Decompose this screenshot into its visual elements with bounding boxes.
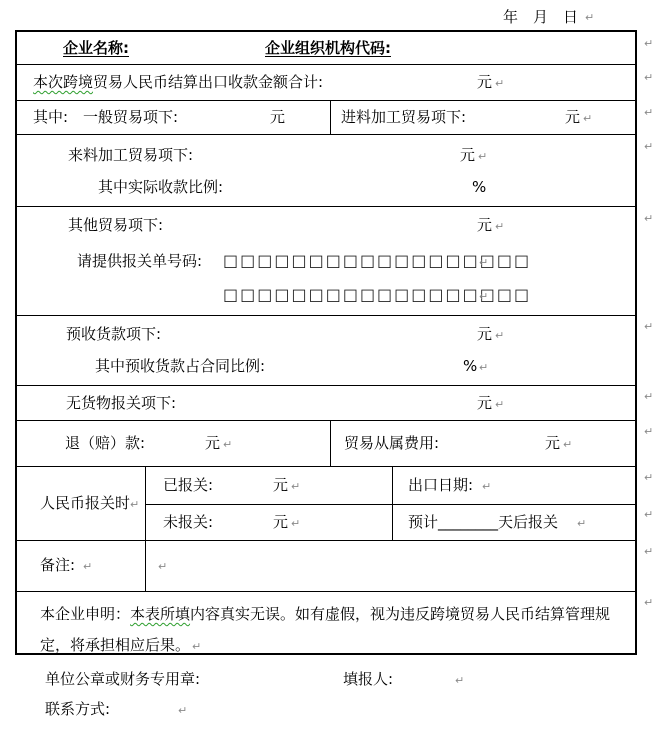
general-trade-label: 其中: 一般贸易项下: — [33, 109, 178, 126]
paragraph-mark: ↵ — [644, 141, 653, 152]
paragraph-mark: ↵ — [644, 321, 653, 332]
estimate-days-line: 预计________天后报关 — [408, 514, 558, 531]
customs-number-label: 请提供报关单号码: — [77, 253, 202, 270]
table-row-refund-fees: 退（赔）款: 元 ↵ 贸易从属费用: 元 ↵ — [17, 421, 635, 467]
paragraph-mark: ↵ — [495, 399, 504, 410]
estimate-blank-line: ________ — [438, 513, 498, 531]
refund-unit: 元 — [205, 435, 220, 452]
paragraph-mark: ↵ — [130, 499, 139, 510]
paragraph-mark: ↵ — [644, 509, 653, 520]
no-goods-unit: 元 — [477, 395, 492, 412]
seal-label: 单位公章或财务专用章: — [45, 671, 200, 688]
paragraph-mark: ↵ — [577, 518, 586, 529]
cell-divider — [330, 421, 331, 466]
settlement-form-table: 企业名称: 企业组织机构代码: 本次跨境贸易人民币结算出口收款金额合计: 元 ↵… — [15, 30, 637, 655]
filler-label: 填报人: — [343, 671, 393, 688]
company-name-label: 企业名称: — [63, 40, 129, 57]
paragraph-mark: ↵ — [644, 107, 653, 118]
paragraph-mark: ↵ — [482, 481, 491, 492]
paragraph-mark: ↵ — [495, 78, 504, 89]
contact-label: 联系方式: — [45, 701, 110, 718]
other-trade-unit: 元 — [477, 217, 492, 234]
refund-label: 退（赔）款: — [65, 435, 145, 452]
table-row-total: 本次跨境贸易人民币结算出口收款金额合计: 元 ↵ — [17, 65, 635, 101]
actual-receipt-ratio-label: 其中实际收款比例: — [98, 179, 223, 196]
table-row-statement: 本企业申明：本表所填内容真实无误。如有虚假，视为违反跨境贸易人民币结算管理规定，… — [17, 592, 635, 656]
paragraph-mark: ↵ — [83, 561, 92, 572]
subrow-divider — [145, 504, 635, 505]
date-line: 年 月 日 — [503, 9, 578, 26]
table-row-general-trade: 其中: 一般贸易项下: 元 进料加工贸易项下: 元 ↵ — [17, 101, 635, 135]
org-code-label: 企业组织机构代码: — [265, 40, 391, 57]
total-amount-label: 本次跨境贸易人民币结算出口收款金额合计: — [33, 74, 323, 91]
undeclared-label: 未报关: — [163, 514, 213, 531]
paragraph-mark: ↵ — [644, 472, 653, 483]
paragraph-mark: ↵ — [644, 597, 653, 608]
general-trade-unit: 元 — [270, 109, 285, 126]
word-document-page: 年 月 日 ↵ 企业名称: 企业组织机构代码: 本次跨境贸易人民币结算出口收款金… — [0, 0, 661, 731]
paragraph-mark: ↵ — [478, 151, 487, 162]
total-amount-label-rest: 贸易人民币结算出口收款金额合计: — [93, 73, 323, 91]
advance-contract-ratio-unit: % — [463, 358, 477, 375]
paragraph-mark: ↵ — [158, 561, 167, 572]
total-amount-label-wavy: 本次跨境 — [33, 73, 93, 91]
paragraph-mark: ↵ — [479, 291, 488, 302]
statement-prefix: 本企业申明： — [40, 605, 130, 623]
statement-text: 本企业申明：本表所填内容真实无误。如有虚假，视为违反跨境贸易人民币结算管理规定，… — [40, 599, 622, 661]
paragraph-mark: ↵ — [495, 221, 504, 232]
total-amount-unit: 元 — [477, 74, 492, 91]
table-row-remarks: 备注: ↵ ↵ — [17, 541, 635, 592]
declared-label: 已报关: — [163, 477, 213, 494]
import-processing-unit: 元 — [565, 109, 580, 126]
cell-divider — [145, 541, 146, 591]
table-row-no-goods: 无货物报关项下: 元 ↵ — [17, 386, 635, 421]
paragraph-mark: ↵ — [192, 640, 201, 653]
paragraph-mark: ↵ — [291, 518, 300, 529]
paragraph-mark: ↵ — [178, 705, 187, 716]
undeclared-unit: 元 — [273, 514, 288, 531]
paragraph-mark: ↵ — [644, 72, 653, 83]
table-row-advance-receipt: 预收货款项下: 元 ↵ 其中预收货款占合同比例: % ↵ — [17, 316, 635, 386]
paragraph-mark: ↵ — [455, 675, 464, 686]
declared-unit: 元 — [273, 477, 288, 494]
estimate-suffix: 天后报关 — [498, 513, 558, 531]
paragraph-mark: ↵ — [223, 439, 232, 450]
supplied-processing-label: 来料加工贸易项下: — [68, 147, 193, 164]
paragraph-mark: ↵ — [644, 38, 653, 49]
paragraph-mark: ↵ — [583, 113, 592, 124]
table-row-company: 企业名称: 企业组织机构代码: — [17, 32, 635, 65]
import-processing-label: 进料加工贸易项下: — [341, 109, 466, 126]
other-trade-label: 其他贸易项下: — [68, 217, 163, 234]
no-goods-label: 无货物报关项下: — [66, 395, 176, 412]
paragraph-mark: ↵ — [644, 546, 653, 557]
paragraph-mark: ↵ — [644, 426, 653, 437]
paragraph-mark: ↵ — [644, 391, 653, 402]
paragraph-mark: ↵ — [495, 330, 504, 341]
advance-receipt-unit: 元 — [477, 326, 492, 343]
advance-contract-ratio-label: 其中预收货款占合同比例: — [95, 358, 265, 375]
table-row-supplied-processing: 来料加工贸易项下: 元 ↵ 其中实际收款比例: % — [17, 135, 635, 207]
export-date-label: 出口日期: — [408, 477, 473, 494]
paragraph-mark: ↵ — [585, 12, 594, 23]
paragraph-mark: ↵ — [479, 257, 488, 268]
statement-wavy: 本表所填 — [130, 605, 190, 623]
paragraph-mark: ↵ — [644, 213, 653, 224]
estimate-prefix: 预计 — [408, 513, 438, 531]
trade-fees-label: 贸易从属费用: — [344, 435, 439, 452]
remarks-label: 备注: — [40, 557, 75, 574]
table-row-rmb-declaration: 人民币报关时 ↵ 已报关: 元 ↵ 出口日期: ↵ 未报关: 元 ↵ 预计___… — [17, 467, 635, 541]
paragraph-mark: ↵ — [563, 439, 572, 450]
advance-receipt-label: 预收货款项下: — [66, 326, 161, 343]
actual-receipt-ratio-unit: % — [472, 179, 486, 196]
cell-divider — [330, 101, 331, 134]
paragraph-mark: ↵ — [479, 362, 488, 373]
table-row-other-trade: 其他贸易项下: 元 ↵ 请提供报关单号码: □□□□□□□□□□□□□□□□□□… — [17, 207, 635, 316]
supplied-processing-unit: 元 — [460, 147, 475, 164]
trade-fees-unit: 元 — [545, 435, 560, 452]
rmb-declaration-span-label: 人民币报关时 — [40, 495, 130, 512]
paragraph-mark: ↵ — [291, 481, 300, 492]
